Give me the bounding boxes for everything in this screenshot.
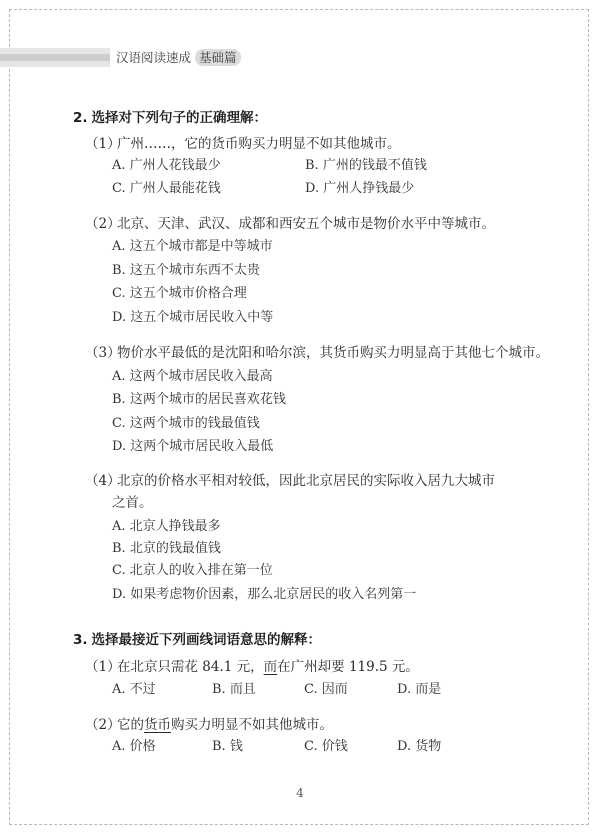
option-c[interactable]: C. 北京人的收入排在第一位 — [112, 562, 273, 580]
question-text-before: 在北京只需花 84.1 元， — [117, 659, 264, 675]
option-b[interactable]: B. 广州的钱最不值钱 — [305, 157, 427, 175]
option-d[interactable]: D. 广州人挣钱最少 — [305, 180, 414, 198]
question-text-continued: 之首。 — [112, 494, 153, 512]
question-3-2: （2）它的货币购买力明显不如其他城市。 — [85, 716, 333, 734]
question-2-4: （4）北京的价格水平相对较低，因此北京居民的实际收入居九大城市 — [85, 472, 495, 490]
option-c[interactable]: C. 这五个城市价格合理 — [112, 285, 247, 303]
option-b[interactable]: B. 这两个城市的居民喜欢花钱 — [112, 391, 286, 409]
underlined-word: 而 — [264, 659, 278, 675]
underlined-word: 货币 — [144, 717, 171, 733]
header-bar-stripe — [0, 54, 110, 61]
option-b[interactable]: B. 这五个城市东西不太贵 — [112, 262, 260, 280]
option-c[interactable]: C. 这两个城市的钱最值钱 — [112, 415, 260, 433]
question-text: 北京的价格水平相对较低，因此北京居民的实际收入居九大城市 — [117, 473, 495, 489]
question-2-2: （2）北京、天津、武汉、成都和西安五个城市是物价水平中等城市。 — [85, 215, 495, 233]
question-label: （2） — [85, 716, 117, 734]
question-label: （1） — [85, 135, 117, 153]
option-a[interactable]: A. 广州人花钱最少 — [112, 157, 221, 175]
option-a[interactable]: A. 北京人挣钱最多 — [112, 518, 221, 536]
section-2-heading: 2.选择对下列句子的正确理解： — [73, 109, 267, 127]
option-a[interactable]: A. 价格 — [112, 738, 156, 756]
option-b[interactable]: B. 钱 — [212, 738, 243, 756]
option-a[interactable]: A. 不过 — [112, 681, 156, 699]
question-text: 北京、天津、武汉、成都和西安五个城市是物价水平中等城市。 — [117, 216, 495, 232]
section-3-heading: 3.选择最接近下列画线词语意思的解释： — [73, 631, 321, 649]
section-instruction: 选择最接近下列画线词语意思的解释： — [92, 632, 322, 648]
question-text-after: 在广州却要 119.5 元。 — [277, 659, 419, 675]
section-instruction: 选择对下列句子的正确理解： — [92, 110, 268, 126]
option-d[interactable]: D. 如果考虑物价因素，那么北京居民的收入名列第一 — [112, 586, 416, 604]
option-b[interactable]: B. 而且 — [212, 681, 256, 699]
option-d[interactable]: D. 这两个城市居民收入最低 — [112, 438, 273, 456]
question-2-1: （1）广州……，它的货币购买力明显不如其他城市。 — [85, 135, 401, 153]
page-border — [9, 9, 589, 825]
question-text-before: 它的 — [117, 717, 144, 733]
option-a[interactable]: A. 这两个城市居民收入最高 — [112, 368, 273, 386]
option-c[interactable]: C. 价钱 — [304, 738, 348, 756]
question-text: 物价水平最低的是沈阳和哈尔滨，其货币购买力明显高于其他七个城市。 — [117, 345, 549, 361]
section-number: 3. — [73, 632, 88, 648]
question-label: （3） — [85, 344, 117, 362]
question-text: 广州……，它的货币购买力明显不如其他城市。 — [117, 136, 401, 152]
question-label: （4） — [85, 472, 117, 490]
section-number: 2. — [73, 110, 88, 126]
page-number: 4 — [0, 786, 600, 800]
question-3-1: （1）在北京只需花 84.1 元，而在广州却要 119.5 元。 — [85, 658, 419, 676]
question-label: （1） — [85, 658, 117, 676]
option-b[interactable]: B. 北京的钱最值钱 — [112, 540, 221, 558]
running-header: 汉语阅读速成基础篇 — [116, 49, 241, 66]
question-label: （2） — [85, 215, 117, 233]
option-d[interactable]: D. 而是 — [397, 681, 441, 699]
book-level-badge: 基础篇 — [195, 49, 241, 66]
question-text-after: 购买力明显不如其他城市。 — [171, 717, 333, 733]
option-c[interactable]: C. 广州人最能花钱 — [112, 180, 221, 198]
option-a[interactable]: A. 这五个城市都是中等城市 — [112, 238, 273, 256]
option-d[interactable]: D. 这五个城市居民收入中等 — [112, 309, 273, 327]
option-c[interactable]: C. 因而 — [304, 681, 348, 699]
question-2-3: （3）物价水平最低的是沈阳和哈尔滨，其货币购买力明显高于其他七个城市。 — [85, 344, 549, 362]
header-bar — [0, 48, 110, 67]
book-title: 汉语阅读速成 — [116, 50, 191, 65]
option-d[interactable]: D. 货物 — [397, 738, 441, 756]
